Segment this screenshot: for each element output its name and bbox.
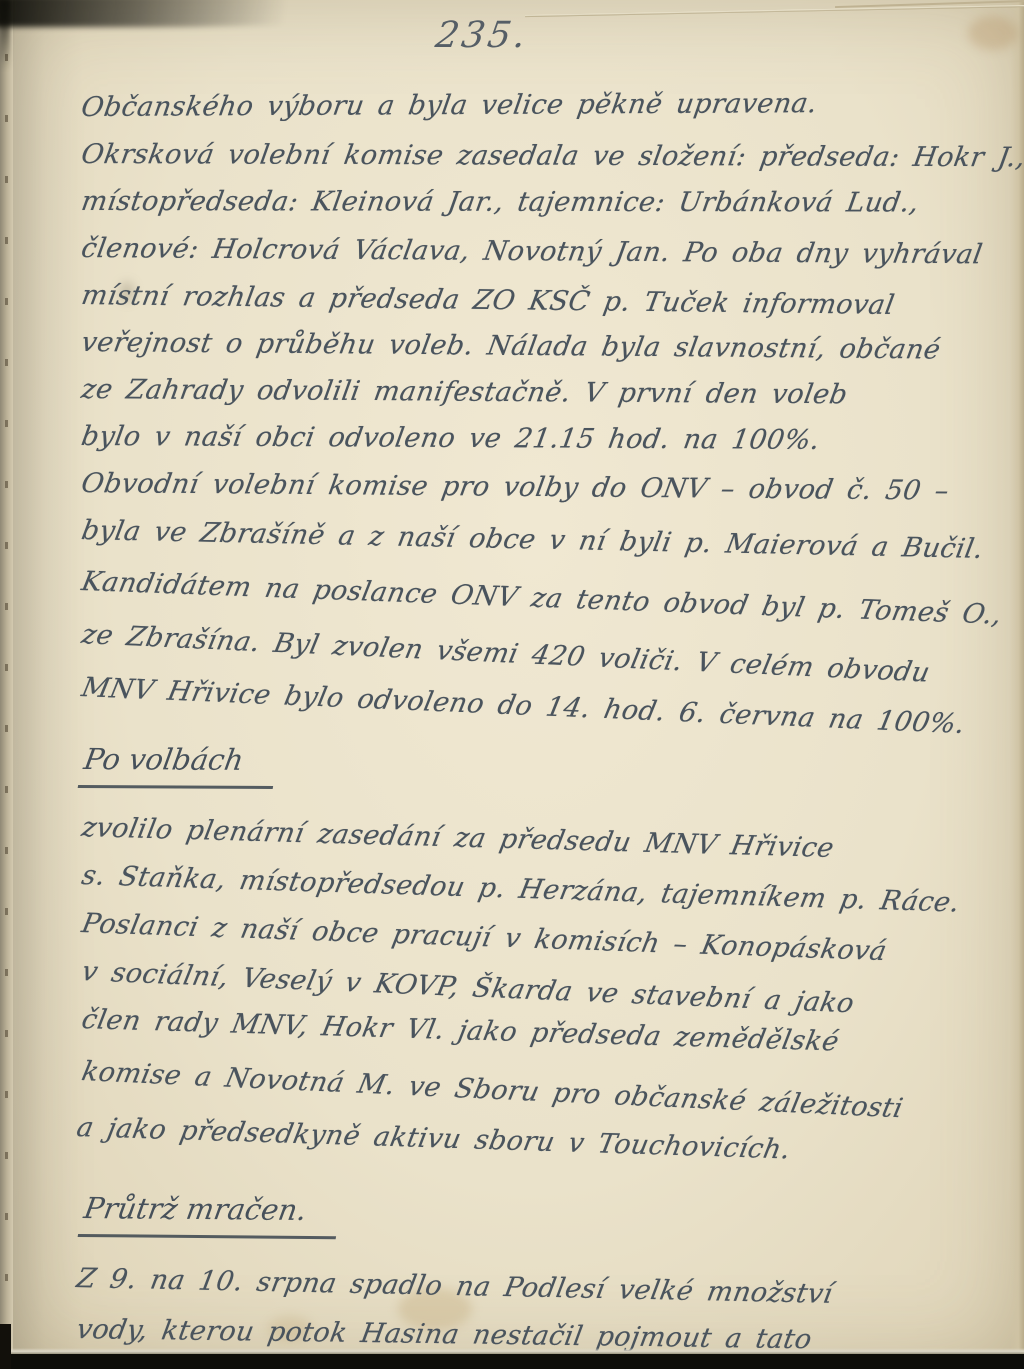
page-number: 235. xyxy=(433,18,531,54)
page-left-shadow xyxy=(13,0,83,1369)
paragraph-after-elections: zvolilo plenární zasedání za předsedu MN… xyxy=(80,804,1010,1152)
handwritten-content: Občanského výboru a byla velice pěkně up… xyxy=(80,84,1010,1355)
paragraph-elections: Občanského výboru a byla velice pěkně up… xyxy=(80,84,1010,711)
underlined-heading-text: Průtrž mračen. xyxy=(78,1186,345,1239)
handwritten-line: Občanského výboru a byla velice pěkně up… xyxy=(78,79,1015,131)
binding-stitched-edge xyxy=(0,0,13,1369)
scan-bottom-edge xyxy=(0,1354,1024,1369)
handwritten-line: bylo v naší obci odvoleno ve 21.15 hod. … xyxy=(78,413,1016,465)
handwritten-line: Okrsková volební komise zasedala ve slož… xyxy=(78,131,1016,181)
scan-bottom-left-corner xyxy=(0,1324,11,1369)
section-heading-after-elections: Po volbách xyxy=(78,737,1016,793)
scanned-chronicle-page: 235. Občanského výboru a byla velice pěk… xyxy=(0,0,1024,1369)
paragraph-cloudburst: Z 9. na 10. srpna spadlo na Podlesí velk… xyxy=(80,1253,1010,1355)
page-right-edge xyxy=(1010,0,1024,1369)
handwritten-line: místopředseda: Kleinová Jar., tajemnice:… xyxy=(78,178,1016,227)
handwritten-line: členové: Holcrová Václava, Novotný Jan. … xyxy=(78,225,1016,278)
scan-shadow-top-left xyxy=(0,0,464,27)
handwritten-line: Obvodní volební komise pro volby do ONV … xyxy=(78,460,1016,515)
overlying-sheet-edge xyxy=(525,5,1024,17)
underlined-heading-text: Po volbách xyxy=(78,737,281,789)
scan-shadow-top-left-corner xyxy=(0,0,10,70)
handwritten-line: ze Zahrady odvolili manifestačně. V prvn… xyxy=(78,366,1016,419)
handwritten-line: veřejnost o průběhu voleb. Nálada byla s… xyxy=(78,319,1016,374)
section-heading-cloudburst: Průtrž mračen. xyxy=(78,1186,1016,1245)
